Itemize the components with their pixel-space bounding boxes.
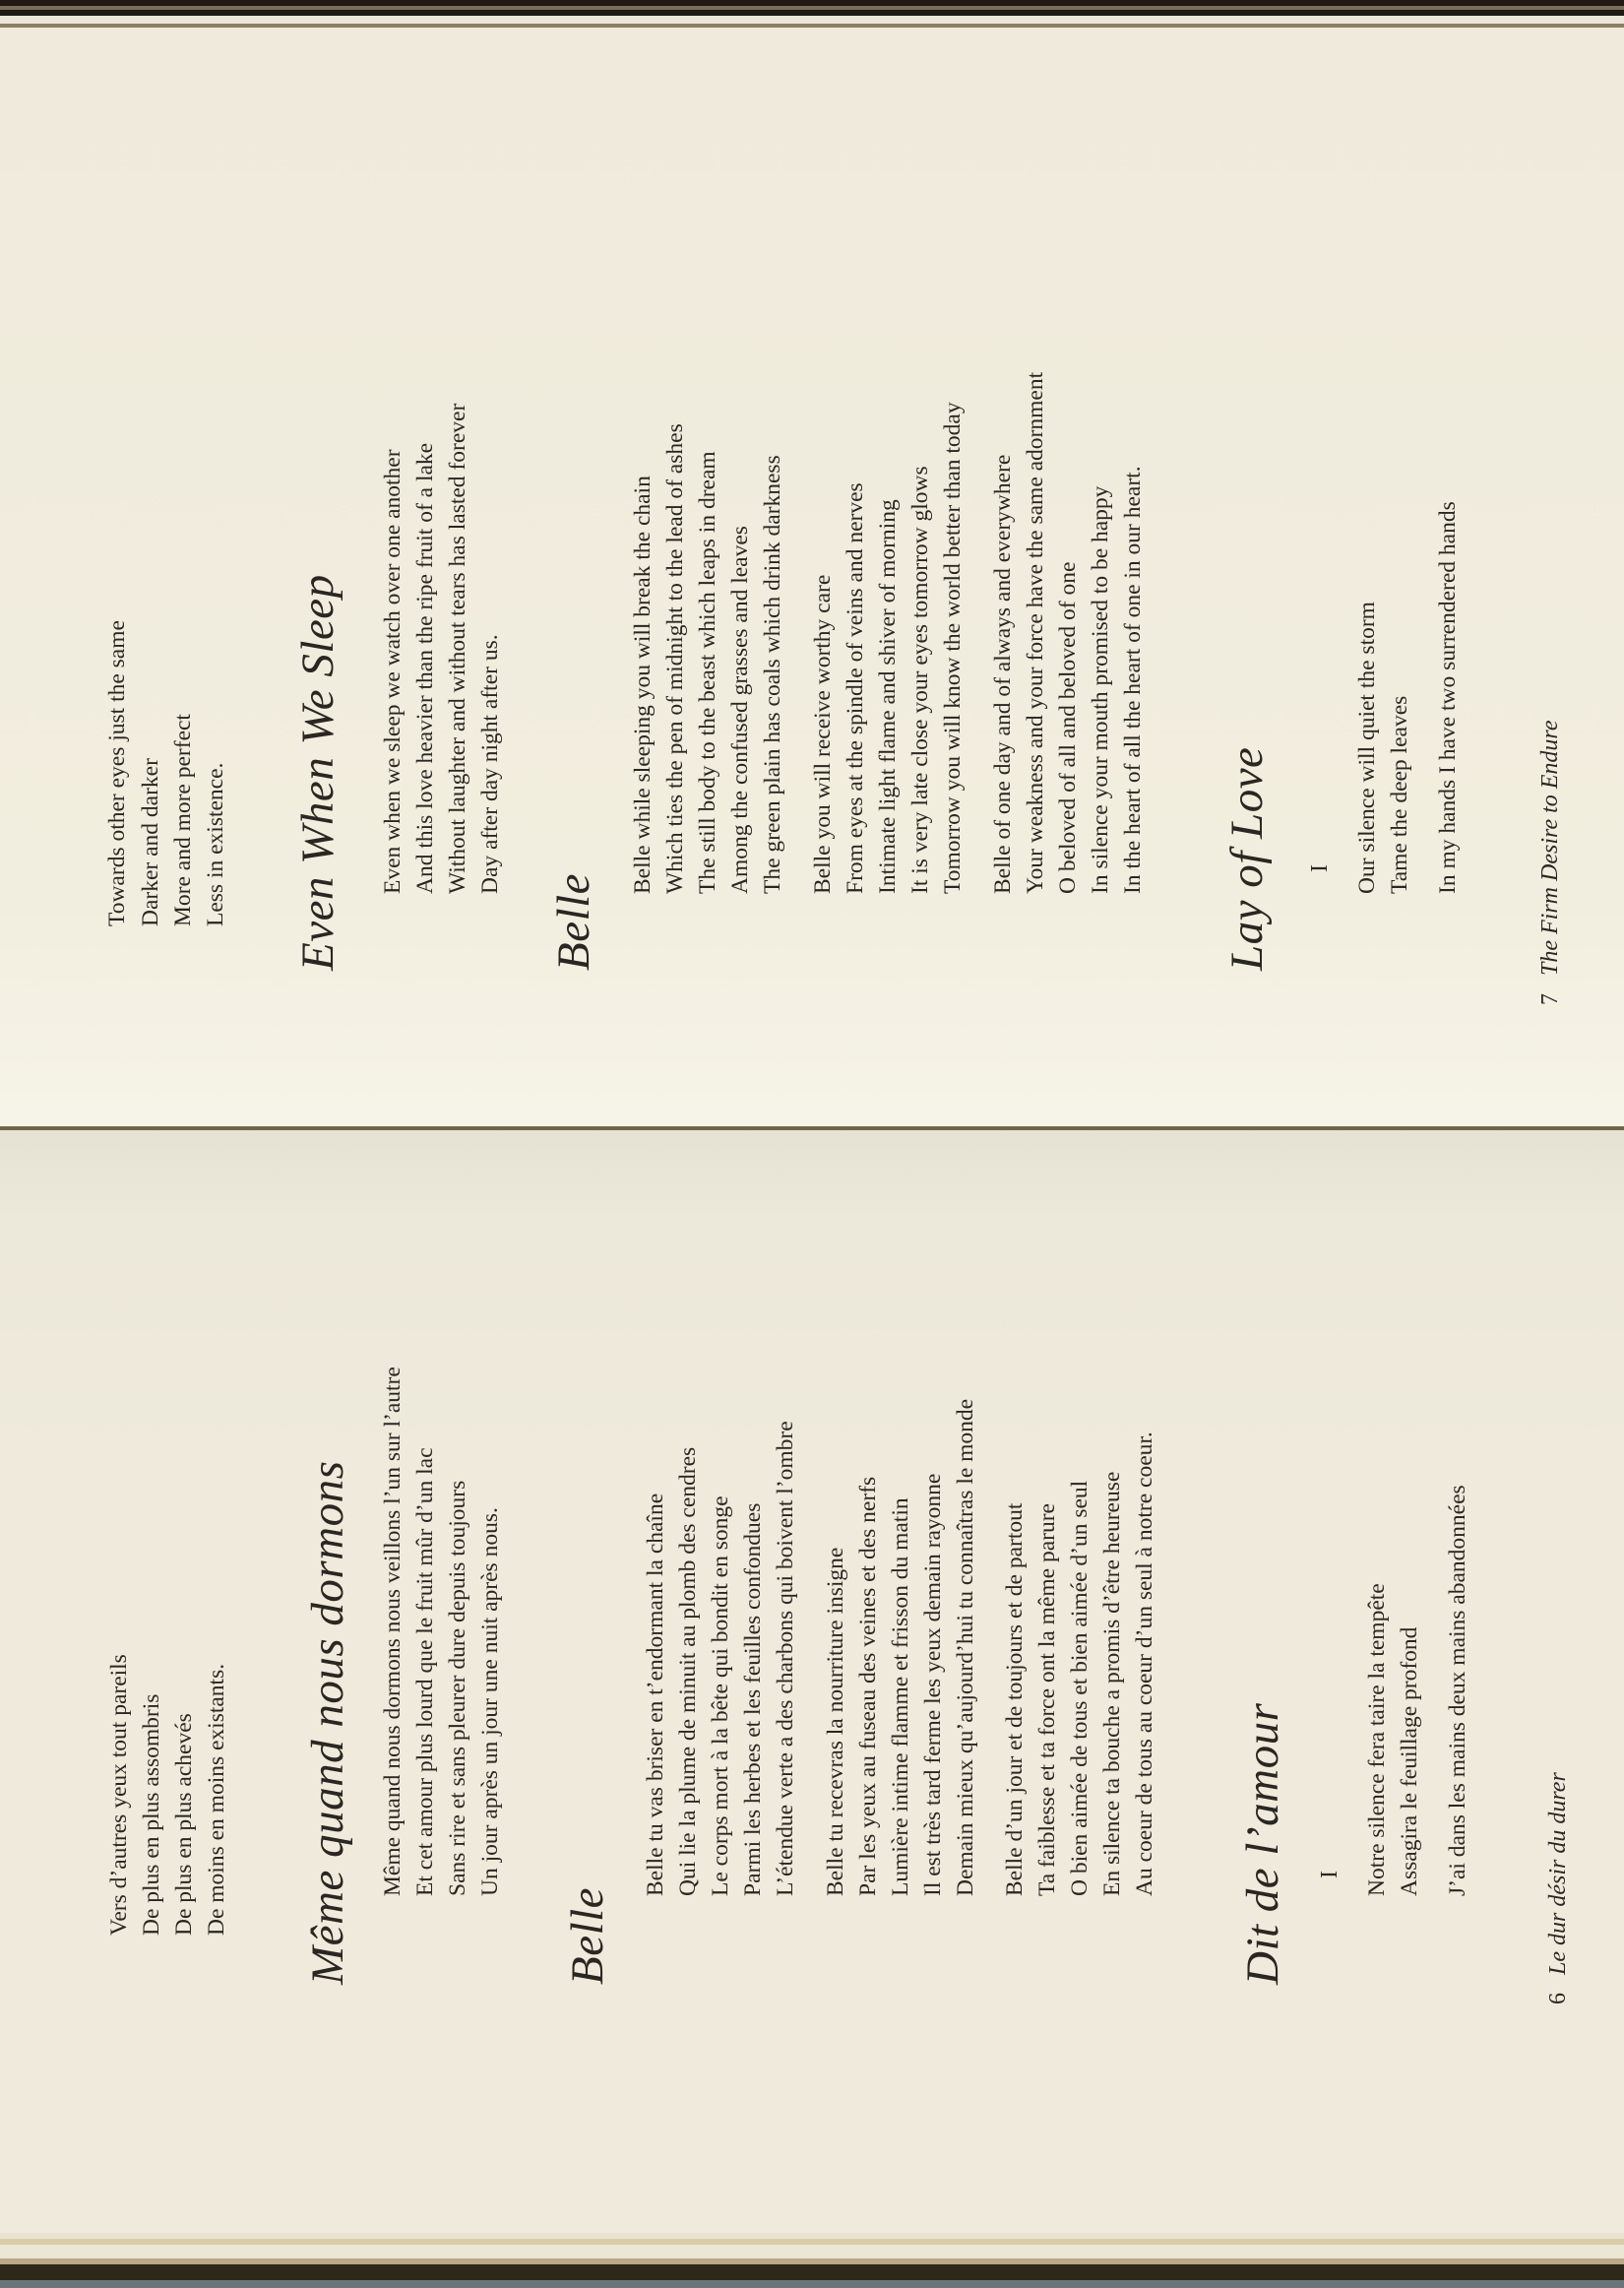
poem-line: Demain mieux qu’aujourd’hui tu connaîtra… [955, 1399, 978, 1896]
poem-line: In the heart of all the heart of one in … [1122, 466, 1146, 894]
poem-line: Belle d’un jour et de toujours et de par… [1004, 1503, 1028, 1896]
poem-line: En silence ta bouche a promis d’être heu… [1101, 1472, 1125, 1896]
poem-line: Which ties the pen of midnight to the le… [664, 423, 688, 894]
poem-line: Our silence will quiet the storm [1356, 602, 1380, 894]
page-number: 6 [1545, 1993, 1571, 2004]
poem-line: Among the confused grasses and leaves [729, 526, 753, 894]
poem-title: Même quand nous dormons [301, 1461, 354, 1985]
poem-line: Qui lie la plume de minuit au plomb des … [677, 1447, 701, 1896]
poem-line: Assagira le feuillage profond [1399, 1627, 1422, 1896]
poem-line: Sans rire et sans pleurer dure depuis to… [447, 1481, 470, 1896]
poem-line: The still body to the beast which leaps … [697, 451, 720, 894]
continuation-line: De plus en plus achevés [173, 1713, 197, 1936]
poem-line: O beloved of all and beloved of one [1057, 562, 1081, 894]
section-numeral: I [1307, 864, 1334, 872]
poem-line: Tame the deep leaves [1389, 696, 1412, 894]
poem-title: Belle [561, 1887, 614, 1985]
continuation-line: De moins en moins existants. [206, 1664, 229, 1936]
poem-line: Ta faiblesse et ta force ont la même par… [1036, 1503, 1060, 1896]
running-title: Le dur désir du durer [1545, 1772, 1571, 1975]
continuation-line: Towards other eyes just the same [106, 620, 130, 926]
poem-line: L’étendue verte a des charbons qui boive… [775, 1421, 798, 1896]
poem-line: Even when we sleep we watch over one ano… [382, 449, 406, 894]
poem-line: It is very late close your eyes tomorrow… [909, 466, 933, 894]
poem-line: Without laughter and without tears has l… [447, 404, 470, 894]
book-bottom-edge [0, 2233, 1624, 2288]
poem-line: Il est très tard ferme les yeux demain r… [922, 1474, 946, 1896]
poem-line: Un jour après un jour une nuit après nou… [479, 1507, 503, 1896]
poem-line: Notre silence fera taire la tempête [1366, 1583, 1390, 1896]
poem-line: Your weakness and your force have the sa… [1025, 372, 1048, 894]
poem-line: Le corps mort à la bête qui bondit en so… [710, 1495, 733, 1896]
page-7-content: Towards other eyes just the same Darker … [0, 0, 1624, 971]
page-6: Vers d’autres yeux tout pareils De plus … [0, 1130, 1624, 2233]
poem-line: The green plain has coals which drink da… [762, 455, 785, 894]
poem-line: Parmi les herbes et les feuilles confond… [742, 1503, 766, 1896]
poem-line: Day after day night after us. [479, 634, 503, 894]
poem-line: Belle tu recevras la nourriture insigne [825, 1548, 848, 1896]
poem-line: In silence your mouth promised to be hap… [1090, 486, 1113, 894]
poem-line: And this love heavier than the ripe frui… [414, 443, 438, 894]
poem-line: Belle of one day and of always and every… [992, 455, 1016, 894]
poem-line: Belle you will receive worthy care [812, 575, 836, 894]
poem-line: Lumière intime flamme et frisson du mati… [890, 1497, 913, 1896]
poem-line: Et cet amour plus lourd que le fruit mûr… [414, 1447, 438, 1896]
continuation-line: Vers d’autres yeux tout pareils [108, 1654, 132, 1936]
poem-line: In my hands I have two surrendered hands [1437, 501, 1461, 894]
poem-line: O bien aimée de tous et bien aimée d’un … [1069, 1481, 1093, 1896]
page-footer: 6 Le dur désir du durer [1545, 1772, 1572, 2004]
poem-line: Belle tu vas briser en t’endormant la ch… [645, 1494, 668, 1896]
poem-line: Au coeur de tous au coeur d’un seul à no… [1134, 1431, 1157, 1896]
poem-title: Dit de l’amour [1236, 1703, 1289, 1985]
poem-line: Par les yeux au fuseau des veines et des… [857, 1477, 881, 1896]
poem-line: Même quand nous dormons nous veillons l’… [382, 1366, 406, 1896]
poem-line: From eyes at the spindle of veins and ne… [844, 482, 868, 894]
section-numeral: I [1317, 1871, 1343, 1878]
poem-line: Belle while sleeping you will break the … [632, 476, 656, 894]
poem-line: J’ai dans les mains deux mains abandonné… [1447, 1485, 1470, 1896]
continuation-line: De plus en plus assombris [141, 1694, 164, 1936]
page-6-content: Vers d’autres yeux tout pareils De plus … [0, 882, 1624, 1985]
poem-line: Tomorrow you will know the world better … [942, 402, 966, 894]
poem-line: Intimate light flame and shiver of morni… [877, 499, 901, 894]
